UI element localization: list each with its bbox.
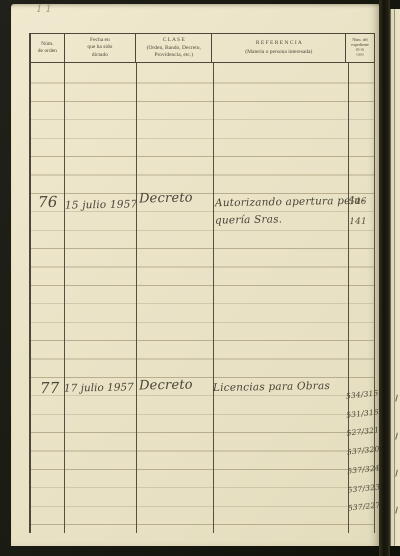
table-header-row: Núm. de orden Fecha en que ha sido dicta… <box>29 33 375 63</box>
header-referencia: R E F E R E N C I A (Materia o persona i… <box>212 34 346 62</box>
expediente-number: 537/227 <box>347 497 381 519</box>
pencil-folio-note: 11 <box>36 4 55 15</box>
header-fecha-label: Fecha en que ha sido dictado <box>87 37 112 58</box>
expediente-number: 141 <box>349 212 367 232</box>
header-fecha: Fecha en que ha sido dictado <box>65 34 136 62</box>
entry-76-clase: Decreto <box>139 191 193 207</box>
table-body-grid <box>29 63 375 533</box>
book-gutter-shadow <box>379 0 390 556</box>
scanned-registry-sheet: 11 Núm. de orden Fecha en que ha sido di… <box>0 0 400 556</box>
entry-76-fecha: 15 julio 1957 <box>65 198 138 211</box>
next-page-writing-mark <box>395 395 400 403</box>
header-num-orden: Núm. de orden <box>31 34 65 62</box>
header-clase: C L A S E (Orden, Bando, Decreto, Provid… <box>136 34 212 62</box>
next-page-edge <box>390 9 400 546</box>
column-divider <box>136 63 137 533</box>
column-divider <box>213 63 214 533</box>
header-clase-label: C L A S E <box>163 37 185 44</box>
entry-77-fecha: 17 julio 1957 <box>64 381 134 394</box>
entry-76-referencia-1: Autorizando apertura pelu- <box>215 192 365 213</box>
entry-77-num: 77 <box>40 379 60 397</box>
next-page-ruled-line <box>394 9 395 546</box>
header-clase-sublabel: (Orden, Bando, Decreto, Providencia, etc… <box>147 45 201 59</box>
next-page-writing-mark <box>395 470 400 478</box>
expediente-number: 546 <box>349 192 367 212</box>
next-page-writing-mark <box>395 507 400 515</box>
column-divider <box>64 63 65 533</box>
entry-76-expediente: 546 141 <box>349 192 367 232</box>
header-referencia-label: R E F E R E N C I A <box>256 40 302 47</box>
header-num-expediente-label: Núm. del expediente en su caso <box>351 39 369 58</box>
entry-76-num: 76 <box>38 193 58 211</box>
header-num-orden-label: Núm. de orden <box>38 41 57 55</box>
entry-77-clase: Decreto <box>139 378 193 394</box>
next-page-writing-mark <box>395 433 400 441</box>
entry-77-referencia-1: Licencias para Obras <box>213 377 330 398</box>
header-num-expediente: Núm. del expediente en su caso <box>346 34 374 62</box>
header-referencia-sublabel: (Materia o persona interesada) <box>245 49 312 56</box>
entry-77-expediente: 534/315 531/316 527/321 537/320 537/324 … <box>346 386 381 517</box>
entry-76-referencia-2: quería Sras. <box>215 210 283 230</box>
